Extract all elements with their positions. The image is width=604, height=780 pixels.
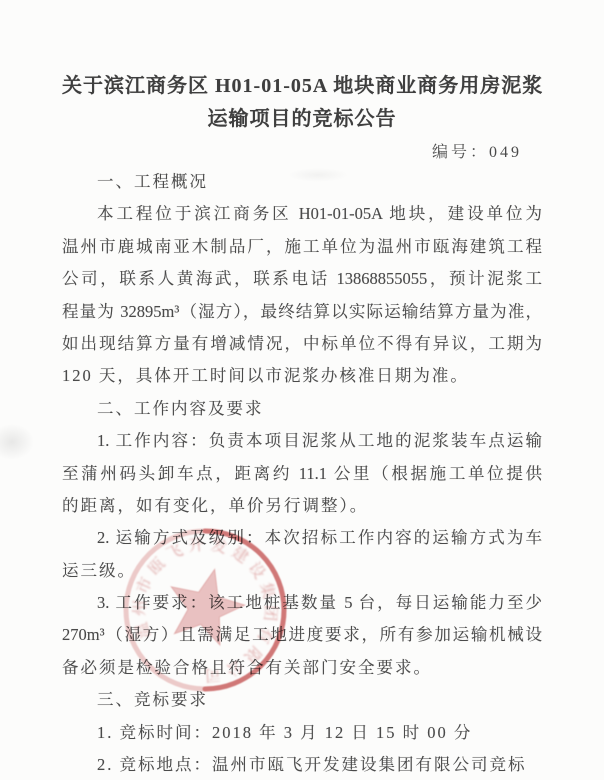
document-number: 编号：049 (62, 142, 542, 164)
document-content: 关于滨江商务区 H01-01-05A 地块商业商务用房泥浆 运输项目的竞标公告 … (62, 70, 542, 780)
doc-line: 运三级。 (62, 555, 542, 587)
section-heading: 一、工程概况 (62, 166, 542, 198)
doc-line: 2. 运输方式及级别：本次招标工作内容的运输方式为车 (62, 522, 542, 554)
doc-line: 如出现结算方量有增减情况，中标单位不得有异议，工期为 (62, 328, 542, 360)
scan-smudge (0, 424, 34, 460)
doc-line: 至蒲州码头卸车点，距离约 11.1 公里（根据施工单位提供 (62, 458, 542, 490)
doc-line: 1. 竞标时间：2018 年 3 月 12 日 15 时 00 分 (62, 717, 542, 749)
document-title-line-1: 关于滨江商务区 H01-01-05A 地块商业商务用房泥浆 (62, 70, 542, 103)
document-body: 一、工程概况本工程位于滨江商务区 H01-01-05A 地块，建设单位为温州市鹿… (62, 166, 542, 780)
doc-line: 公司，联系人黄海武，联系电话 13868855055，预计泥浆工 (62, 263, 542, 295)
section-heading: 二、工作内容及要求 (62, 393, 542, 425)
doc-line: 120 天，具体开工时间以市泥浆办核准日期为准。 (62, 360, 542, 392)
doc-line: 温州市鹿城南亚木制品厂，施工单位为温州市瓯海建筑工程 (62, 231, 542, 263)
doc-line: 的距离，如有变化，单价另行调整）。 (62, 490, 542, 522)
scanned-document-page: 关于滨江商务区 H01-01-05A 地块商业商务用房泥浆 运输项目的竞标公告 … (0, 0, 604, 780)
doc-line: 1. 工作内容：负责本项目泥浆从工地的泥浆装车点运输 (62, 425, 542, 457)
document-title-line-2: 运输项目的竞标公告 (62, 103, 542, 136)
doc-line: 程量为 32895m³（湿方），最终结算以实际运输结算方量为准， (62, 296, 542, 328)
doc-line: 本工程位于滨江商务区 H01-01-05A 地块，建设单位为 (62, 198, 542, 230)
doc-line: 3. 工作要求：该工地桩基数量 5 台，每日运输能力至少 (62, 587, 542, 619)
doc-line: 备必须是检验合格且符合有关部门安全要求。 (62, 652, 542, 684)
doc-line: 2. 竞标地点：温州市瓯飞开发建设集团有限公司竞标室。 (62, 749, 542, 780)
doc-line: 270m³（湿方）且需满足工地进度要求，所有参加运输机械设 (62, 619, 542, 651)
section-heading: 三、竞标要求 (62, 684, 542, 716)
